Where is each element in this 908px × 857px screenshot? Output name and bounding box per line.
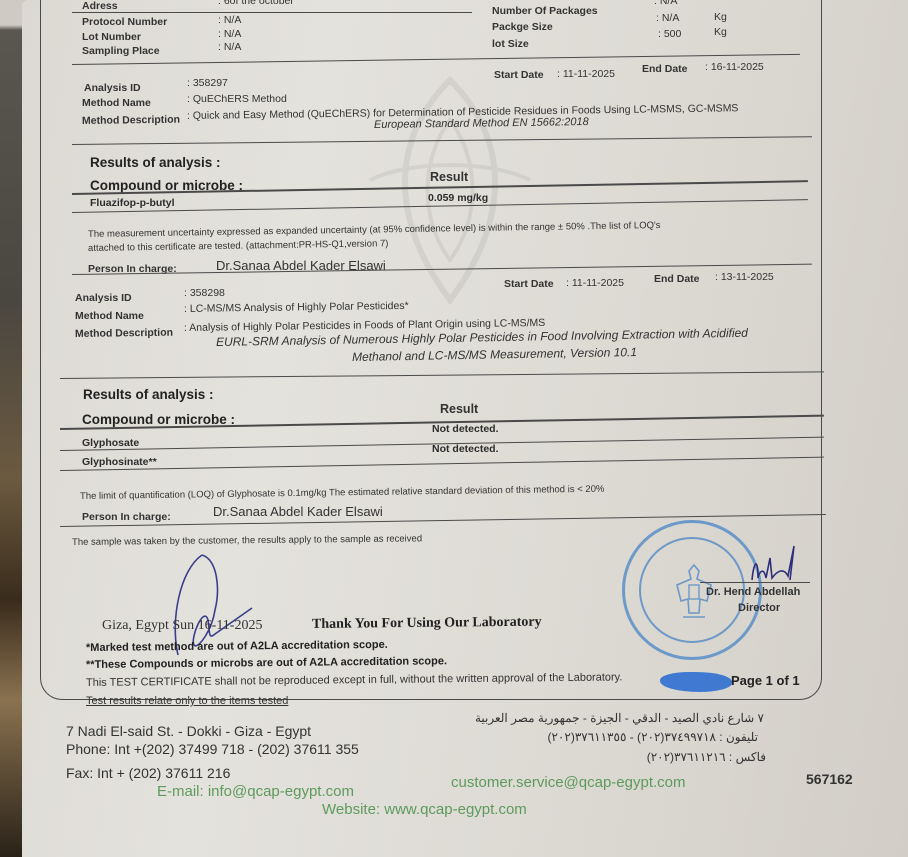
lot-number-label: Lot Number	[82, 31, 141, 43]
analysis-2-end-date-label: End Date	[654, 273, 700, 285]
lab-fax-en: Fax: Int + (202) 37611 216	[66, 765, 230, 781]
lab-website-link[interactable]: Website: www.qcap-egypt.com	[322, 801, 527, 818]
analysis-2-person-in-charge-value: Dr.Sanaa Abdel Kader Elsawi	[213, 504, 383, 519]
lot-number-value: : N/A	[218, 28, 241, 40]
number-of-packages-value: : N/A	[656, 12, 679, 24]
analysis-2-end-date-value: : 13-11-2025	[715, 271, 774, 283]
analysis-2-id-label: Analysis ID	[75, 292, 132, 304]
analysis-2-results-heading: Results of analysis :	[83, 387, 214, 402]
lab-phone-en: Phone: Int +(202) 37499 718 - (202) 3761…	[66, 741, 359, 757]
thank-you-message: Thank You For Using Our Laboratory	[312, 615, 542, 633]
analysis-2-method-name-label: Method Name	[75, 310, 144, 322]
page-indicator: Page 1 of 1	[731, 673, 800, 688]
serial-number: 567162	[806, 771, 853, 787]
lab-email-link[interactable]: E-mail: info@qcap-egypt.com	[157, 783, 354, 800]
place-date: Giza, Egypt Sun 16-11-2025	[102, 618, 262, 634]
analysis-2-start-date-value: : 11-11-2025	[566, 277, 624, 289]
analysis-1-end-date-label: End Date	[642, 63, 688, 75]
analysis-1-id-value: : 358297	[187, 77, 228, 89]
analysis-1-row-result: 0.059 mg/kg	[428, 192, 488, 204]
items-note: Test results relate only to the items te…	[86, 695, 288, 707]
analysis-2-row-compound: Glyphosinate**	[82, 456, 157, 468]
sampling-place-value: : N/A	[218, 41, 241, 53]
lab-phone-ar: تليفون : ٣٧٤٩٩٧١٨(٢٠٢) - ٣٧٦١١٣٥٥(٢٠٢)	[547, 730, 758, 744]
analysis-2-row-compound: Glyphosate	[82, 437, 139, 449]
analysis-2-row-result: Not detected.	[432, 423, 499, 435]
analysis-1-results-heading: Results of analysis :	[90, 155, 221, 170]
analysis-2-result-header: Result	[440, 402, 478, 416]
sampling-place-label: Sampling Place	[82, 45, 160, 57]
address-value: : 6of the october	[218, 0, 294, 7]
package-size-unit: Kg	[714, 26, 727, 38]
package-size-value: : 500	[658, 28, 681, 40]
analysis-2-method-description-label: Method Description	[75, 327, 173, 340]
address-label: Adress	[82, 0, 118, 12]
analysis-1-id-label: Analysis ID	[84, 82, 141, 94]
analysis-1-start-date-value: : 11-11-2025	[557, 68, 615, 80]
divider	[72, 12, 472, 13]
analysis-1-start-date-label: Start Date	[494, 69, 544, 81]
customer-service-email-link[interactable]: customer.service@qcap-egypt.com	[451, 774, 686, 791]
lab-fax-ar: فاكس : ٣٧٦١١٢١٦(٢٠٢)	[647, 750, 766, 764]
analysis-1-method-description-label: Method Description	[82, 114, 180, 127]
analysis-1-result-header: Result	[430, 170, 468, 184]
lab-address-en: 7 Nadi El-said St. - Dokki - Giza - Egyp…	[66, 723, 311, 739]
analysis-2-row-result: Not detected.	[432, 443, 499, 455]
analysis-1-end-date-value: : 16-11-2025	[705, 61, 764, 73]
director-name: Dr. Hend Abdellah	[706, 586, 800, 598]
analysis-2-id-value: : 358298	[184, 287, 225, 299]
analysis-1-row-compound: Fluazifop-p-butyl	[90, 197, 175, 209]
top-right-value: : N/A	[654, 0, 677, 7]
lot-size-label: lot Size	[492, 38, 529, 50]
lab-address-ar: ٧ شارع نادي الصيد - الدقي - الجيزة - جمه…	[475, 711, 764, 725]
analysis-1-method-name-label: Method Name	[82, 97, 151, 109]
package-size-label: Packge Size	[492, 21, 553, 33]
signature-line	[700, 582, 810, 583]
analysis-1-method-name-value: : QuEChERS Method	[187, 93, 287, 105]
number-of-packages-unit: Kg	[714, 11, 727, 23]
director-title: Director	[738, 602, 780, 614]
analysis-2-start-date-label: Start Date	[504, 278, 554, 290]
analysis-2-person-in-charge-label: Person In charge:	[82, 511, 171, 523]
protocol-number-label: Protocol Number	[82, 16, 167, 28]
protocol-number-value: : N/A	[218, 14, 241, 26]
number-of-packages-label: Number Of Packages	[492, 5, 598, 17]
